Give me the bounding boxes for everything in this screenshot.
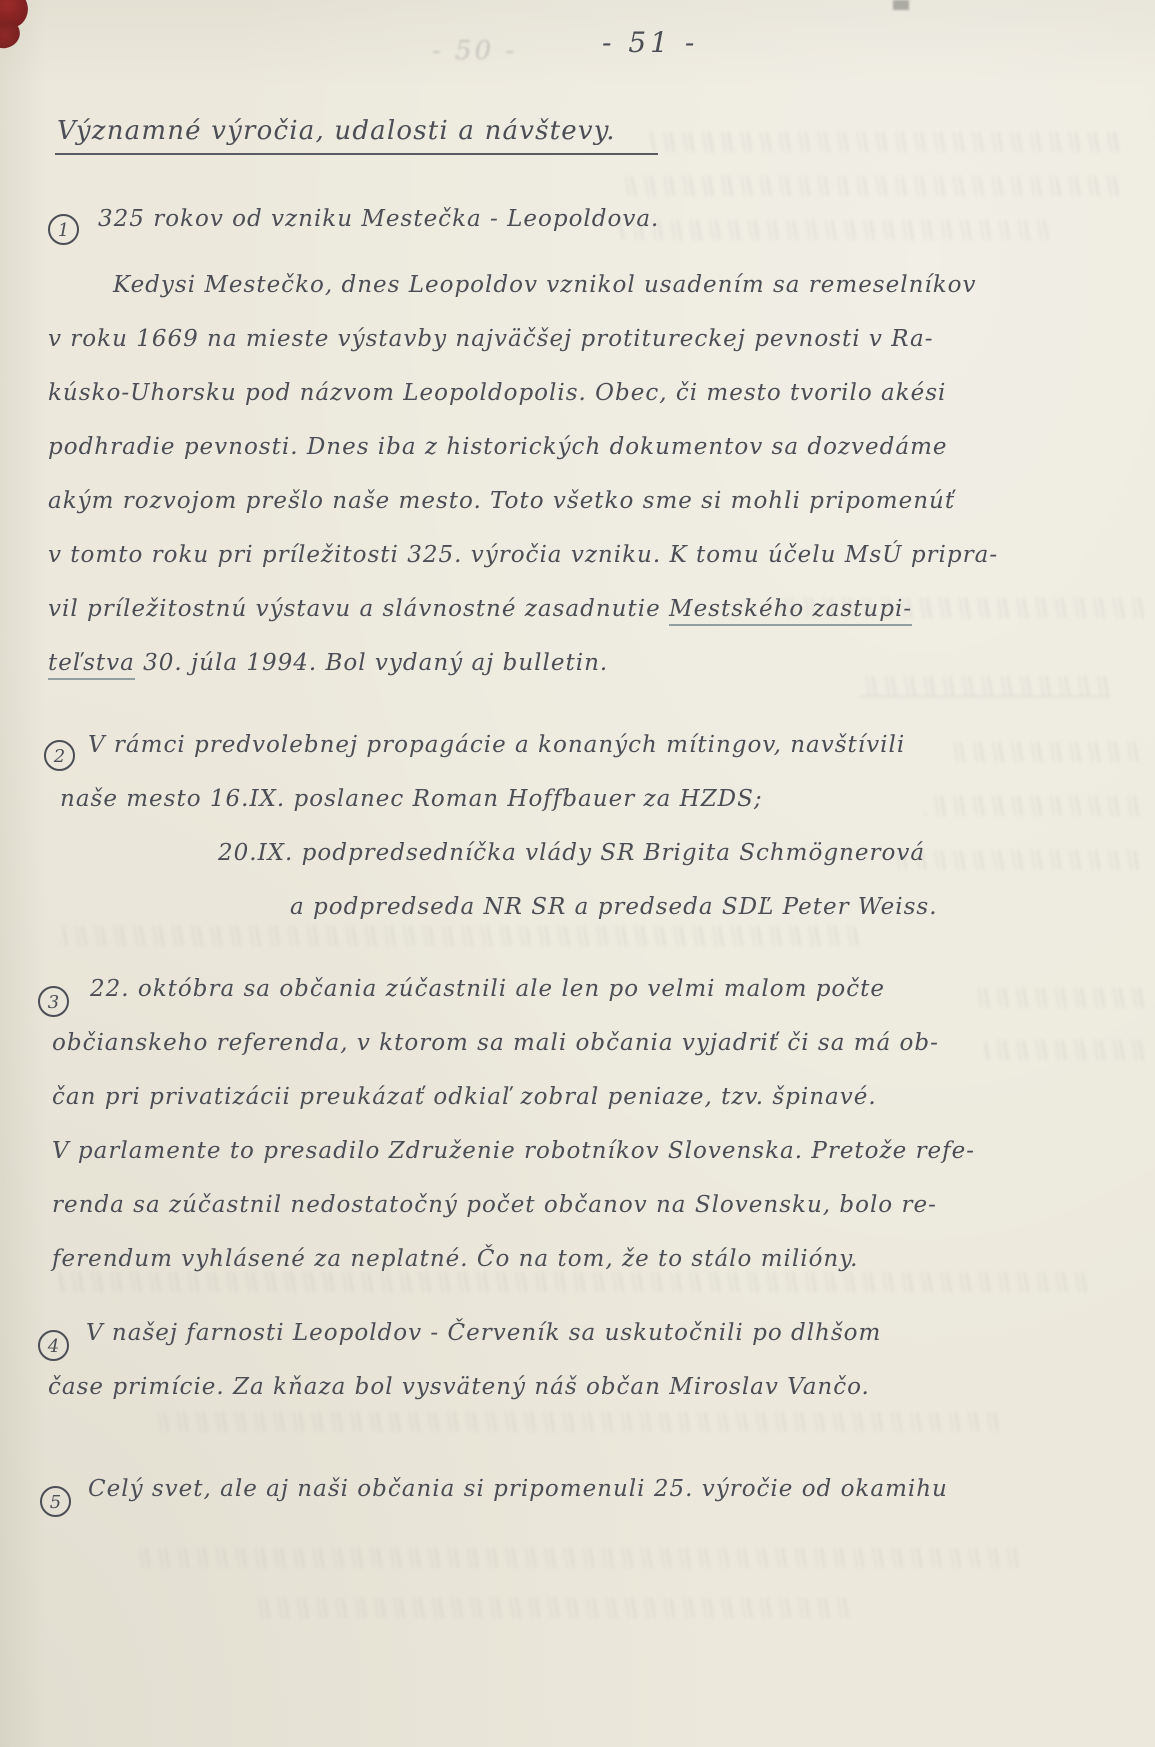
bleed-through-scribble: [620, 220, 1050, 240]
bleed-through-scribble: [985, 1040, 1145, 1060]
line-text: 30. júla 1994. Bol vydaný aj bulletin.: [135, 650, 608, 676]
handwritten-line: v tomto roku pri príležitosti 325. výroč…: [48, 528, 998, 582]
handwritten-line: V parlamente to presadilo Združenie robo…: [52, 1124, 975, 1178]
erased-page-number: - 50 -: [432, 36, 517, 66]
handwritten-line: a podpredseda NR SR a predseda SDĽ Peter…: [290, 880, 938, 934]
handwritten-line: renda sa zúčastnil nedostatočný počet ob…: [52, 1178, 975, 1232]
chronicle-scan-page: - 50 - - 51 - Významné výročia, udalosti…: [0, 0, 1155, 1747]
handwritten-line: 22. októbra sa občania zúčastnili ale le…: [52, 962, 975, 1016]
handwritten-line: naše mesto 16.IX. poslanec Roman Hoffbau…: [60, 772, 938, 826]
bleed-through-scribble: [140, 1548, 1020, 1568]
page-number: - 51 -: [602, 26, 698, 59]
item-title-line: 325 rokov od vzniku Mestečka - Leopoldov…: [98, 192, 659, 246]
bleed-through-scribble: [975, 988, 1145, 1008]
item-number-badge: 2: [44, 740, 75, 771]
handwritten-line: občianskeho referenda, v ktorom sa mali …: [52, 1016, 975, 1070]
scan-edge-smudge: [893, 0, 909, 10]
handwritten-line: akým rozvojom prešlo naše mesto. Toto vš…: [48, 474, 998, 528]
bleed-through-scribble: [925, 796, 1140, 816]
item-number-badge: 1: [48, 214, 79, 245]
handwritten-line: V našej farnosti Leopoldov - Červeník sa…: [48, 1306, 881, 1360]
item-number-badge: 5: [40, 1486, 71, 1517]
handwritten-line: teľstva 30. júla 1994. Bol vydaný aj bul…: [48, 636, 998, 690]
section-heading-wrap: Významné výročia, udalosti a návštevy.: [55, 116, 658, 146]
item5-paragraph: Celý svet, ale aj naši občania si pripom…: [88, 1462, 948, 1516]
bleed-through-scribble: [620, 176, 1120, 196]
handwritten-line: čase primície. Za kňaza bol vysvätený ná…: [48, 1360, 881, 1414]
bleed-through-scribble: [250, 1598, 850, 1618]
line-text: vil príležitostnú výstavu a slávnostné z…: [48, 596, 669, 622]
item2-paragraph: V rámci predvolebnej propagácie a konaný…: [88, 718, 938, 934]
handwritten-line: ferendum vyhlásené za neplatné. Čo na to…: [52, 1232, 975, 1286]
underlined-text: teľstva: [48, 650, 135, 680]
bleed-through-scribble: [150, 1412, 1000, 1432]
bleed-through-scribble: [650, 132, 1120, 152]
handwritten-line: čan pri privatizácii preukázať odkiaľ zo…: [52, 1070, 975, 1124]
handwritten-line: v roku 1669 na mieste výstavby najväčšej…: [48, 312, 998, 366]
handwritten-line: podhradie pevnosti. Dnes iba z historick…: [48, 420, 998, 474]
bleed-through-scribble: [945, 742, 1140, 762]
handwritten-line: kúsko-Uhorsku pod názvom Leopoldopolis. …: [48, 366, 998, 420]
handwritten-line: Kedysi Mestečko, dnes Leopoldov vznikol …: [48, 258, 998, 312]
item1-paragraph: Kedysi Mestečko, dnes Leopoldov vznikol …: [48, 258, 998, 690]
handwritten-line: V rámci predvolebnej propagácie a konaný…: [88, 718, 938, 772]
section-heading: Významné výročia, udalosti a návštevy.: [55, 116, 658, 155]
handwritten-line: vil príležitostnú výstavu a slávnostné z…: [48, 582, 998, 636]
handwritten-line: 20.IX. podpredsedníčka vlády SR Brigita …: [218, 826, 938, 880]
item3-paragraph: 22. októbra sa občania zúčastnili ale le…: [52, 962, 975, 1286]
handwritten-line: Celý svet, ale aj naši občania si pripom…: [88, 1462, 948, 1516]
underlined-text: Mestského zastupi-: [669, 596, 912, 626]
item4-paragraph: V našej farnosti Leopoldov - Červeník sa…: [48, 1306, 881, 1414]
